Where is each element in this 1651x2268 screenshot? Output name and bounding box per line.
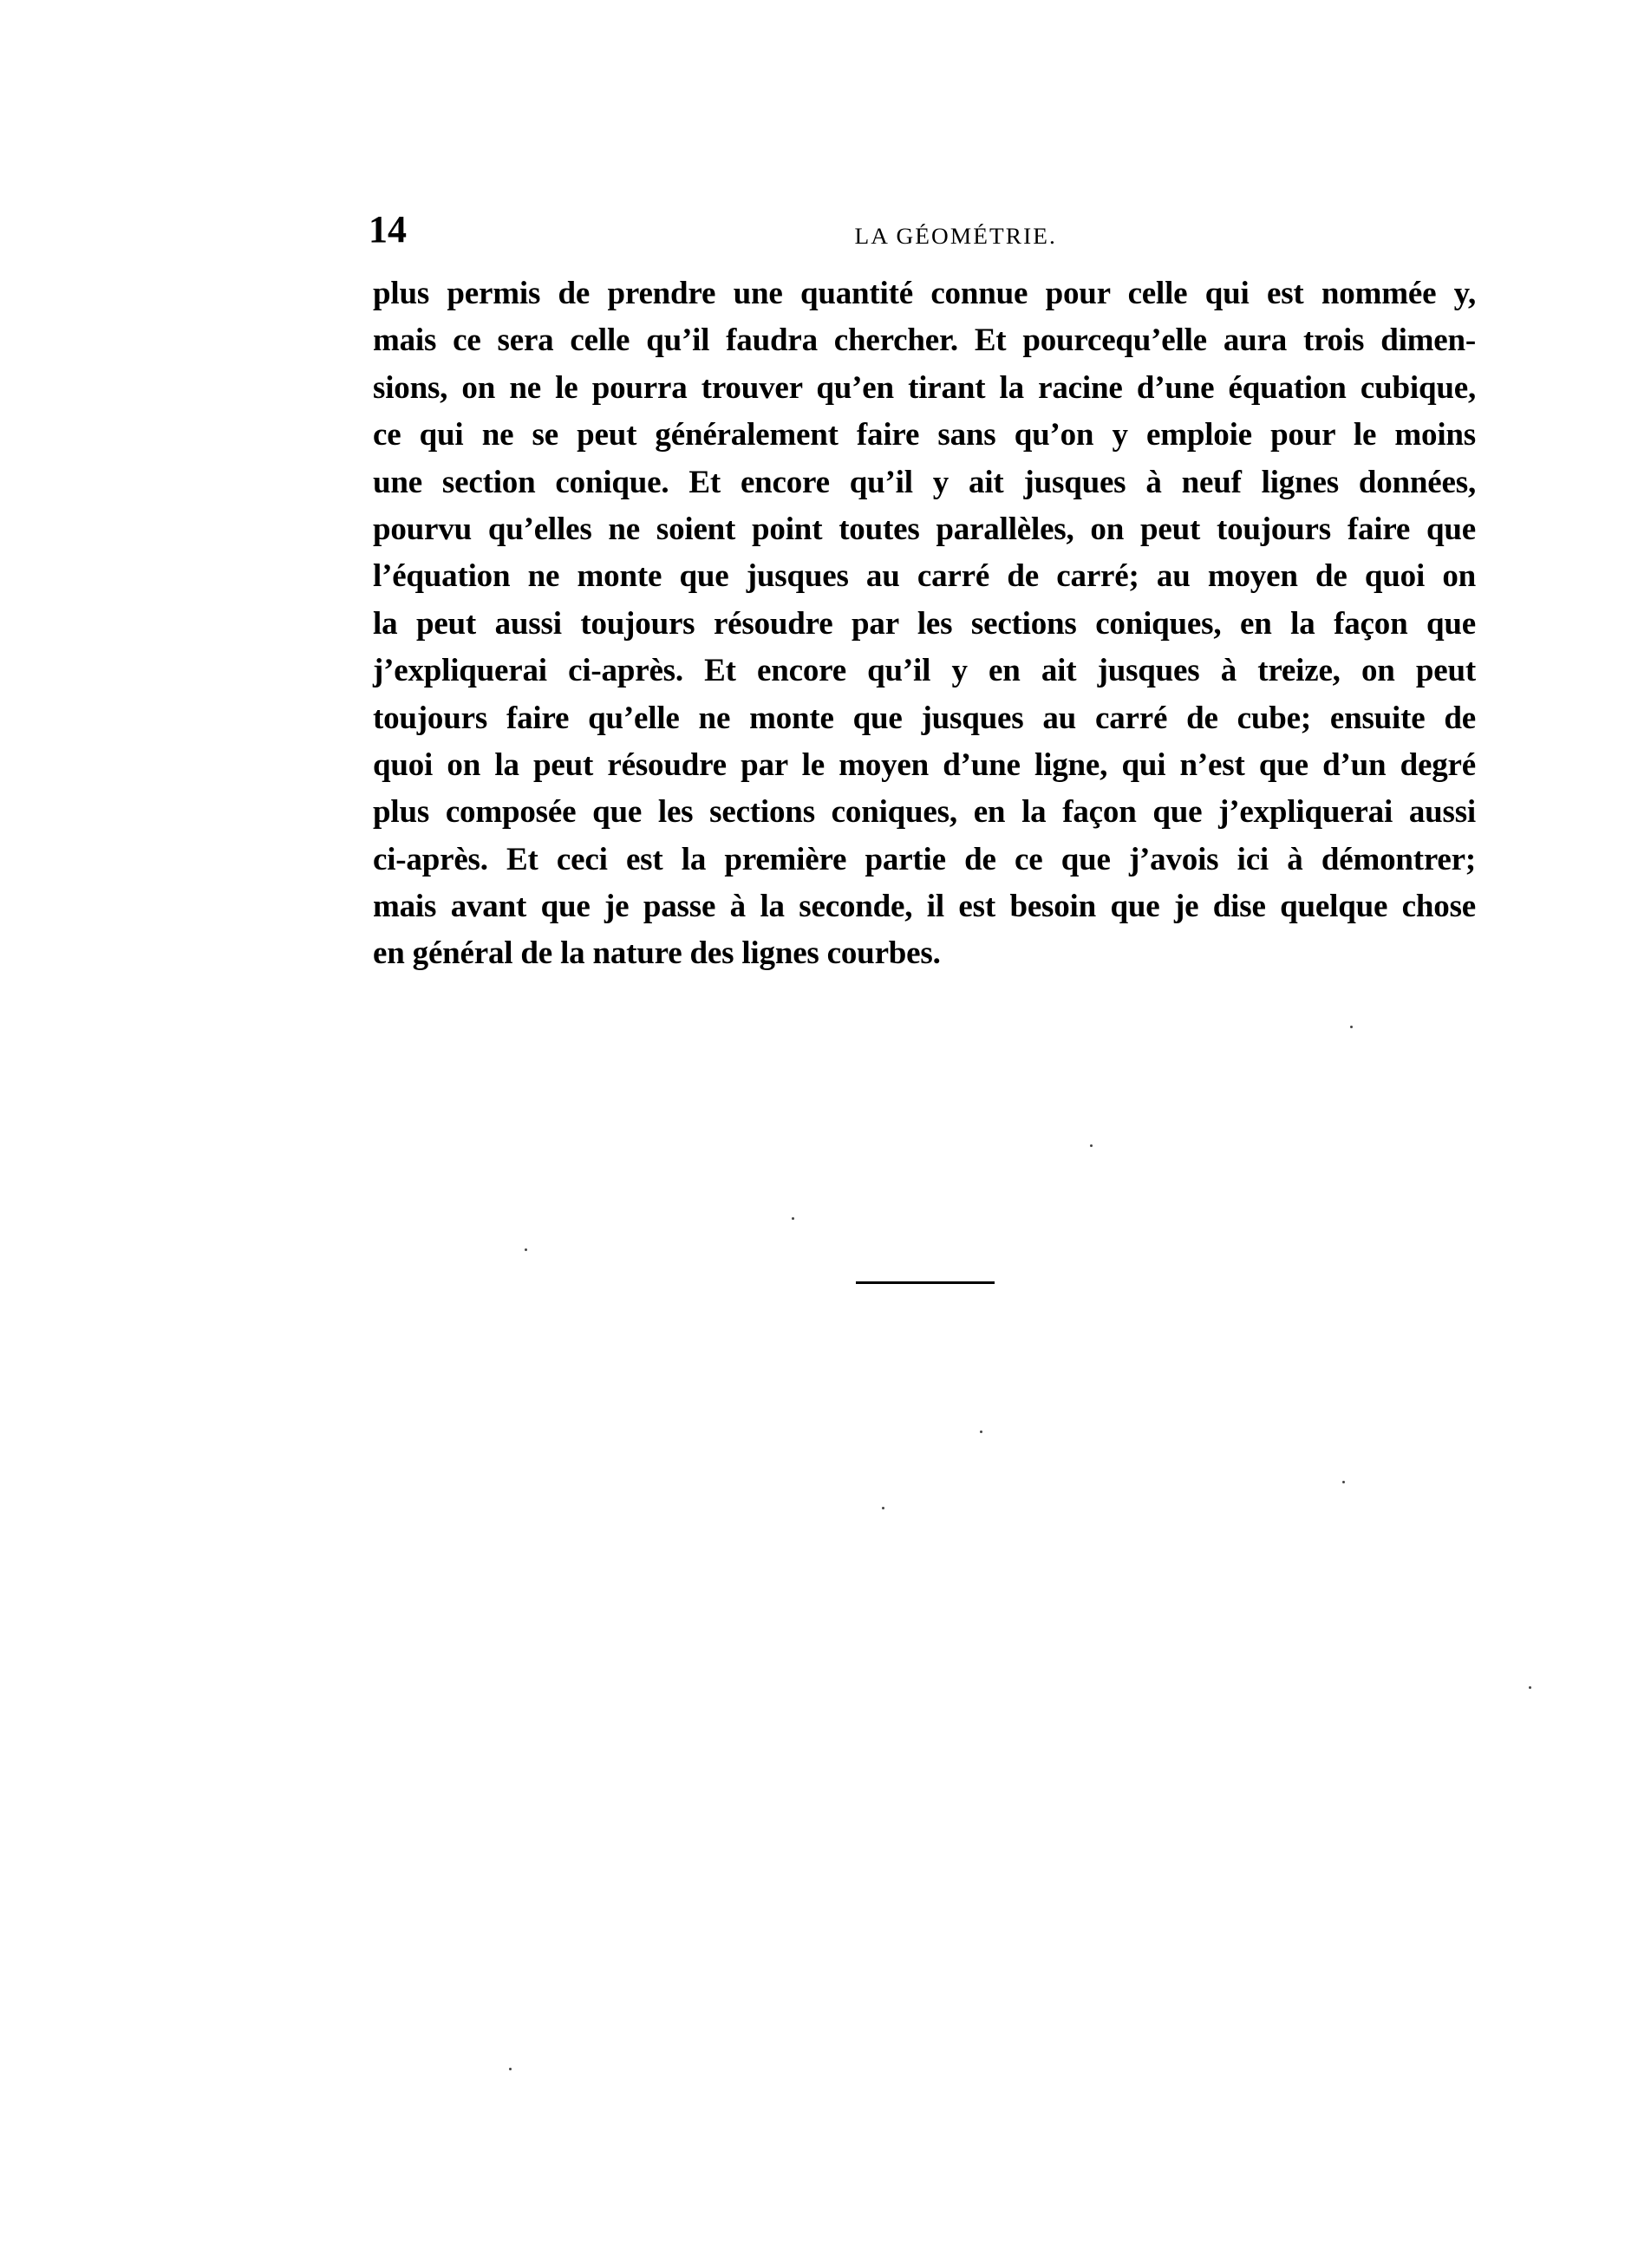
scan-speck bbox=[1529, 1686, 1531, 1689]
scan-speck bbox=[525, 1248, 527, 1251]
text-line: plus composée que les sections coniques,… bbox=[373, 789, 1476, 836]
text-line: ci-après. Et ceci est la première partie… bbox=[373, 837, 1476, 883]
text-line: mais ce sera celle qu’il faudra chercher… bbox=[373, 317, 1476, 364]
text-line: mais avant que je passe à la seconde, il… bbox=[373, 883, 1476, 930]
scan-speck bbox=[1350, 1026, 1353, 1028]
text-line: j’expliquerai ci-après. Et encore qu’il … bbox=[373, 648, 1476, 694]
running-head: LA GÉOMÉTRIE. bbox=[0, 224, 1651, 250]
text-line: pourvu qu’elles ne soient point toutes p… bbox=[373, 506, 1476, 553]
text-line: une section conique. Et encore qu’il y a… bbox=[373, 459, 1476, 506]
scan-speck bbox=[1090, 1144, 1093, 1147]
text-line: la peut aussi toujours résoudre par les … bbox=[373, 601, 1476, 648]
text-line: l’équation ne monte que jusques au carré… bbox=[373, 553, 1476, 600]
text-line: en général de la nature des lignes courb… bbox=[373, 930, 1476, 977]
scan-speck bbox=[980, 1431, 982, 1433]
scan-speck bbox=[792, 1217, 794, 1220]
text-line: plus permis de prendre une quantité conn… bbox=[373, 270, 1476, 317]
body-text: plus permis de prendre une quantité conn… bbox=[373, 270, 1476, 978]
scan-speck bbox=[1342, 1481, 1345, 1483]
section-end-rule bbox=[856, 1281, 995, 1284]
running-head-title: LA GÉOMÉTRIE. bbox=[854, 224, 1057, 250]
scan-speck bbox=[509, 2068, 512, 2070]
text-line: quoi on la peut résoudre par le moyen d’… bbox=[373, 742, 1476, 789]
text-line: toujours faire qu’elle ne monte que jusq… bbox=[373, 695, 1476, 742]
text-line: ce qui ne se peut généralement faire san… bbox=[373, 412, 1476, 459]
scan-speck bbox=[882, 1507, 884, 1509]
text-line: sions, on ne le pourra trouver qu’en tir… bbox=[373, 365, 1476, 412]
